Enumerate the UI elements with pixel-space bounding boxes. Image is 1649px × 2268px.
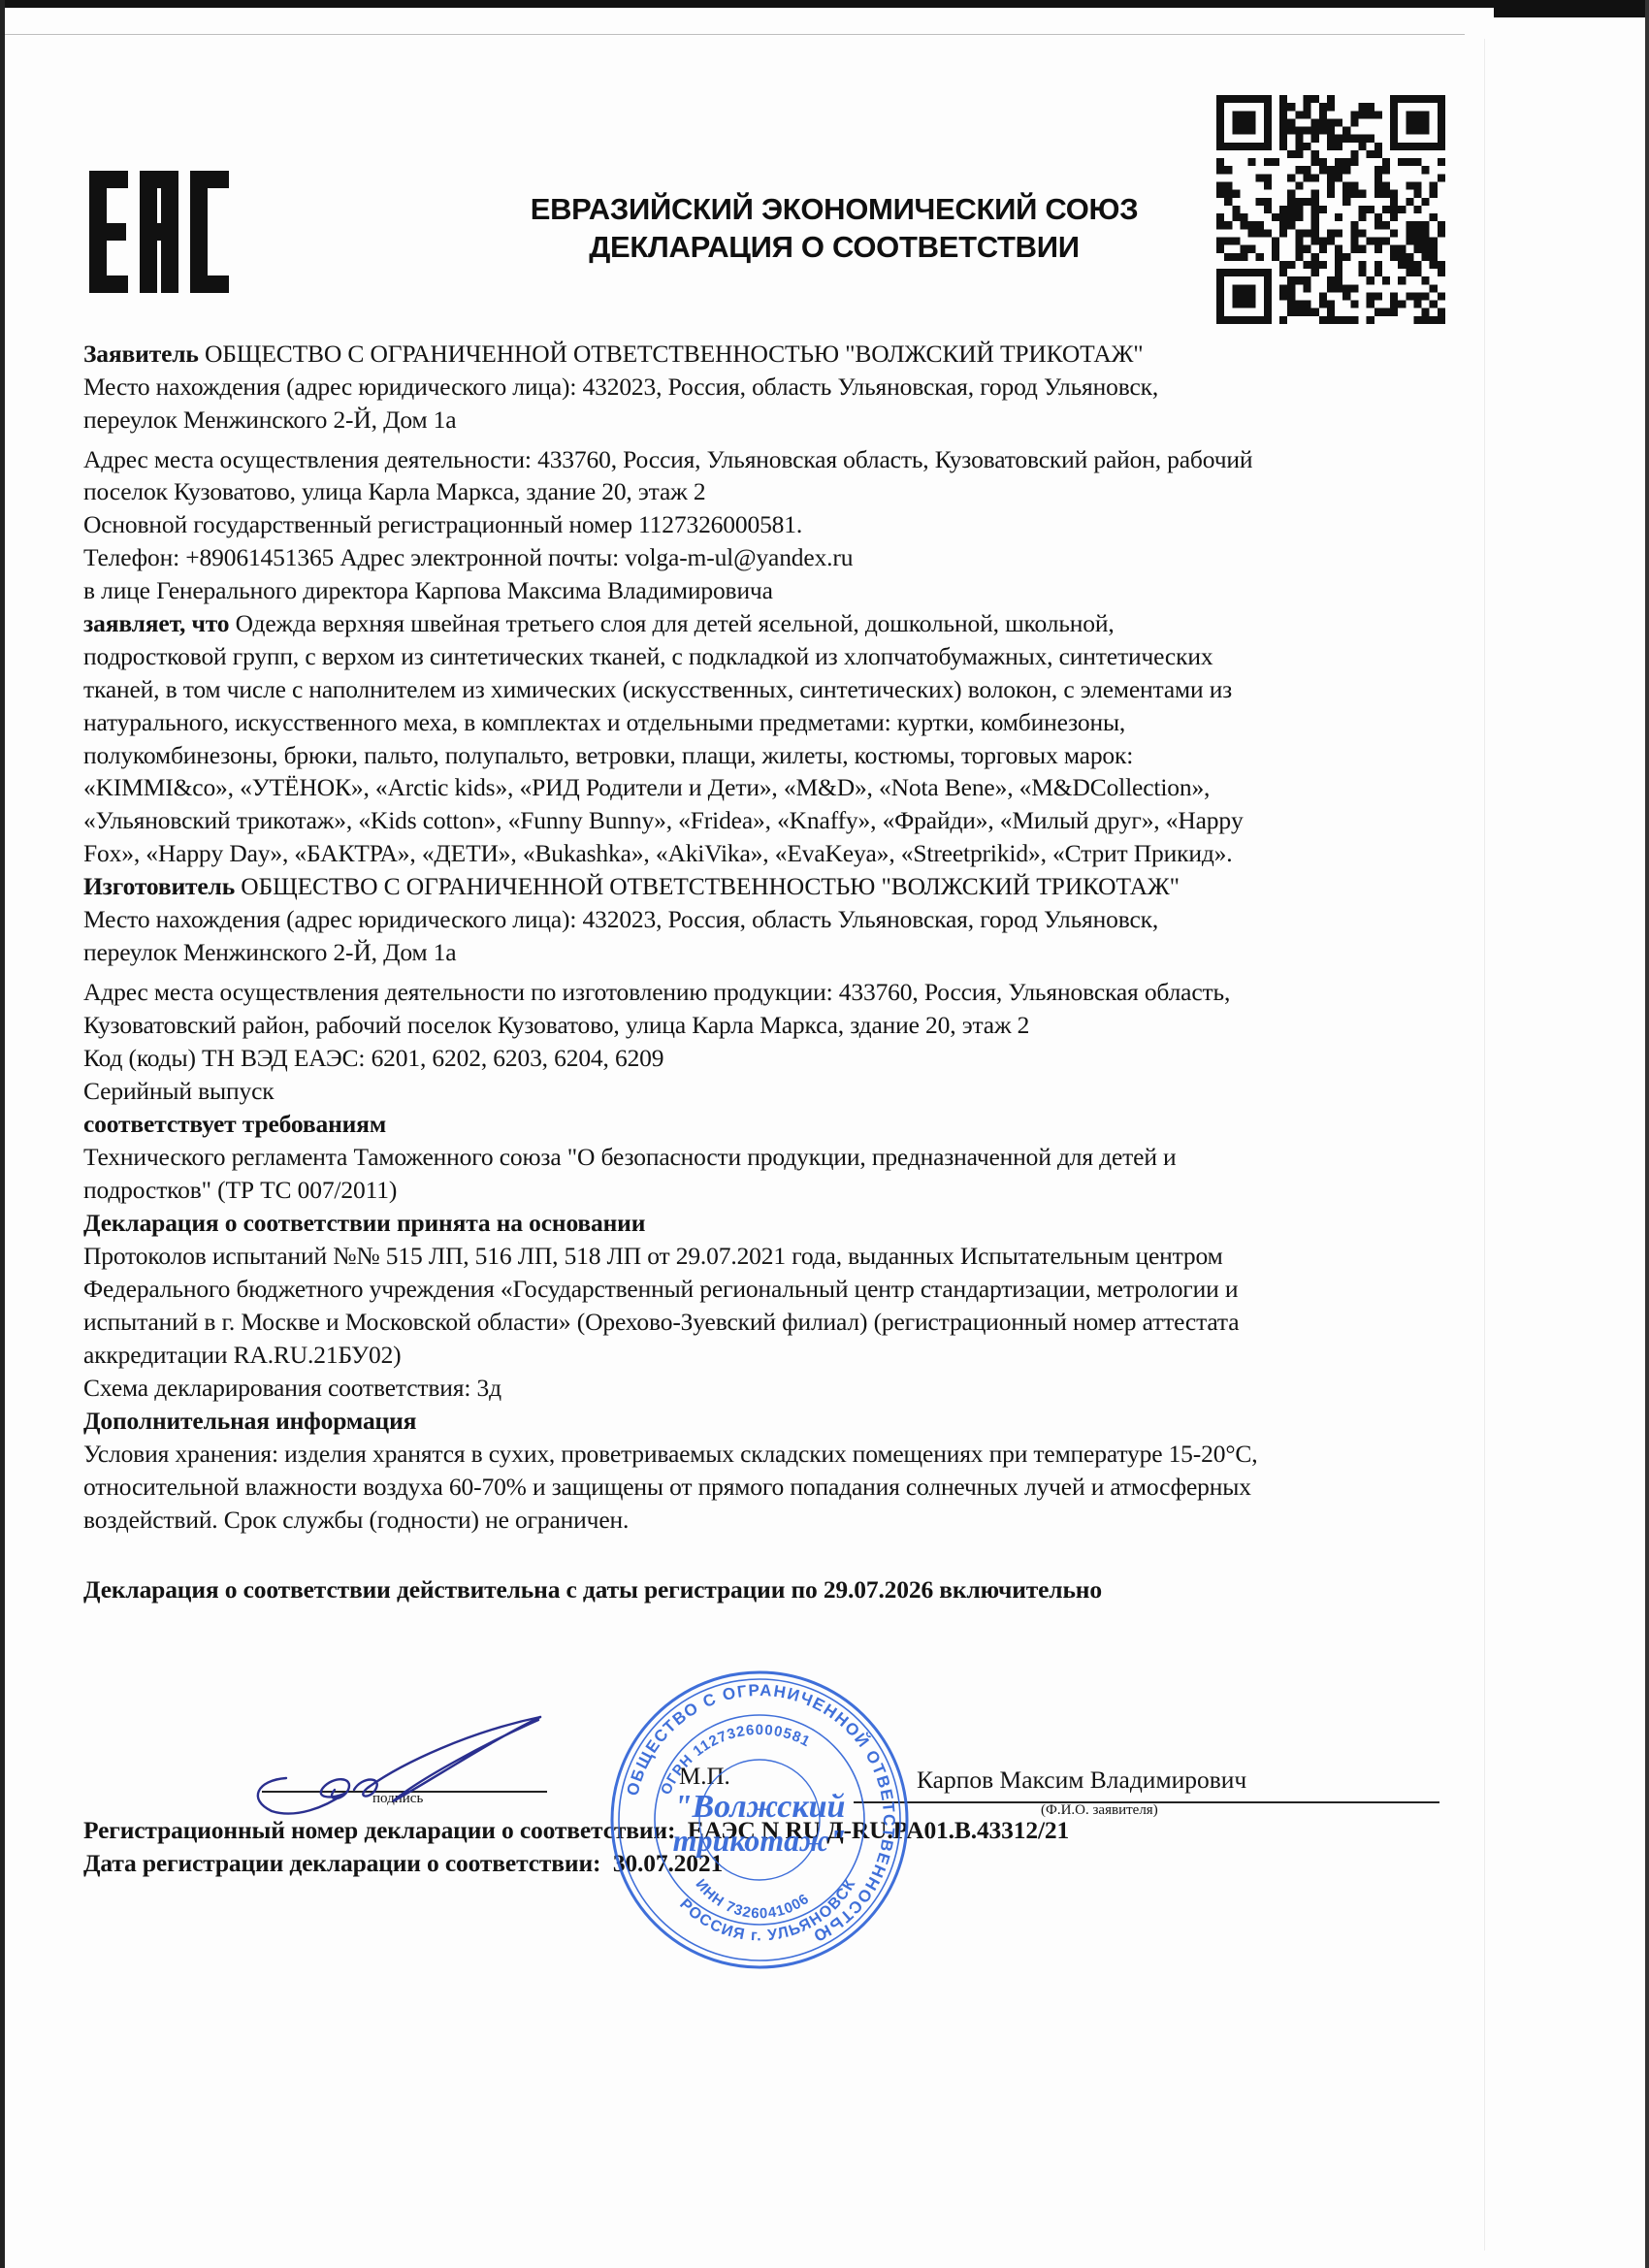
requirements-line-1: Технического регламента Таможенного союз… <box>83 1143 1177 1172</box>
declares-line-3: натурального, искусственного меха, в ком… <box>83 708 1125 737</box>
applicant-activity-address-1: Адрес места осуществления деятельности: … <box>83 445 1252 474</box>
registration-number-line: Регистрационный номер декларации о соотв… <box>83 1816 1069 1845</box>
applicant-legal-address-2: переулок Менжинского 2-Й, Дом 1а <box>83 405 456 435</box>
trademarks-line-3: Fox», «Happy Day», «БАКТРА», «ДЕТИ», «Bu… <box>83 839 1233 868</box>
applicant-name: ОБЩЕСТВО С ОГРАНИЧЕННОЙ ОТВЕТСТВЕННОСТЬЮ… <box>199 340 1144 368</box>
manufacturer-legal-address-1: Место нахождения (адрес юридического лиц… <box>83 905 1158 934</box>
requirements-line-2: подростков" (ТР ТС 007/2011) <box>83 1176 397 1205</box>
svg-text:ОГРН 1127326000581: ОГРН 1127326000581 <box>658 1722 813 1798</box>
basis-line-0: Протоколов испытаний №№ 515 ЛП, 516 ЛП, … <box>83 1242 1223 1271</box>
manufacturer-name: ОБЩЕСТВО С ОГРАНИЧЕННОЙ ОТВЕТСТВЕННОСТЬЮ… <box>235 872 1180 900</box>
manufacturer-line: Изготовитель ОБЩЕСТВО С ОГРАНИЧЕННОЙ ОТВ… <box>83 872 1180 901</box>
scan-border-right <box>1645 0 1649 2268</box>
declares-line-1: подростковой групп, с верхом из синтетич… <box>83 642 1212 671</box>
declares-line-0: заявляет, что Одежда верхняя швейная тре… <box>83 609 1115 638</box>
svg-text:трикотаж": трикотаж" <box>673 1823 847 1858</box>
validity-statement: Декларация о соответствии действительна … <box>83 1575 1102 1604</box>
header-title-union: ЕВРАЗИЙСКИЙ ЭКОНОМИЧЕСКИЙ СОЮЗ <box>466 192 1203 227</box>
registration-date-label: Дата регистрации декларации о соответств… <box>83 1849 600 1877</box>
basis-line-2: испытаний в г. Москве и Московской облас… <box>83 1308 1239 1337</box>
header-title-declaration: ДЕКЛАРАЦИЯ О СООТВЕТСТВИИ <box>466 230 1203 265</box>
applicant-label: Заявитель <box>83 340 199 368</box>
page-edge-line <box>5 34 1465 35</box>
trademarks-line-1: «KIMMI&co», «УТЁНОК», «Arctic kids», «РИ… <box>83 773 1210 802</box>
basis-heading: Декларация о соответствии принята на осн… <box>83 1209 645 1238</box>
additional-line-0: Условия хранения: изделия хранятся в сух… <box>83 1440 1257 1469</box>
eac-logo-icon <box>89 171 229 293</box>
product-description: Одежда верхняя швейная третьего слоя для… <box>229 609 1114 637</box>
handwritten-signature-icon <box>247 1712 558 1824</box>
applicant-contacts: Телефон: +89061451365 Адрес электронной … <box>83 543 853 572</box>
applicant-activity-address-2: поселок Кузоватово, улица Карла Маркса, … <box>83 477 705 506</box>
trademarks-line-2: «Ульяновский трикотаж», «Kids cotton», «… <box>83 806 1244 835</box>
production-type: Серийный выпуск <box>83 1077 275 1106</box>
scan-border-left <box>0 0 5 2268</box>
hs-codes: Код (коды) ТН ВЭД ЕАЭС: 6201, 6202, 6203… <box>83 1044 663 1073</box>
applicant-representative: в лице Генерального директора Карпова Ма… <box>83 576 773 605</box>
signer-name: Карпов Максим Владимирович <box>917 1766 1246 1795</box>
declares-line-2: тканей, в том числе с наполнителем из хи… <box>83 675 1232 704</box>
page-edge-vertical <box>1484 39 1485 2251</box>
basis-line-1: Федерального бюджетного учреждения «Госу… <box>83 1275 1238 1304</box>
basis-line-3: аккредитации RA.RU.21БУ02) <box>83 1341 402 1370</box>
company-seal-stamp-icon: ОБЩЕСТВО С ОГРАНИЧЕННОЙ ОТВЕТСТВЕННОСТЬЮ… <box>606 1667 913 1973</box>
applicant-ogrn: Основной государственный регистрационный… <box>83 510 802 539</box>
qr-code-icon[interactable] <box>1212 95 1449 324</box>
manufacturer-label: Изготовитель <box>83 872 235 900</box>
applicant-legal-address-1: Место нахождения (адрес юридического лиц… <box>83 373 1158 402</box>
scan-border-top-right <box>1494 0 1649 17</box>
additional-heading: Дополнительная информация <box>83 1407 416 1436</box>
additional-line-1: относительной влажности воздуха 60-70% и… <box>83 1473 1251 1502</box>
svg-text:"Волжский: "Волжский <box>674 1789 846 1825</box>
scan-border-top <box>0 0 1649 8</box>
declares-label: заявляет, что <box>83 609 229 637</box>
manufacturer-production-address-1: Адрес места осуществления деятельности п… <box>83 978 1230 1007</box>
declaration-scheme: Схема декларирования соответствия: 3д <box>83 1374 501 1403</box>
manufacturer-legal-address-2: переулок Менжинского 2-Й, Дом 1а <box>83 938 456 967</box>
declares-line-4: полукомбинезоны, брюки, пальто, полупаль… <box>83 741 1133 770</box>
registration-number-label: Регистрационный номер декларации о соотв… <box>83 1816 675 1844</box>
additional-line-2: воздействий. Срок службы (годности) не о… <box>83 1506 629 1535</box>
applicant-line: Заявитель ОБЩЕСТВО С ОГРАНИЧЕННОЙ ОТВЕТС… <box>83 340 1144 369</box>
requirements-heading: соответствует требованиям <box>83 1110 386 1139</box>
manufacturer-production-address-2: Кузоватовский район, рабочий поселок Куз… <box>83 1011 1029 1040</box>
